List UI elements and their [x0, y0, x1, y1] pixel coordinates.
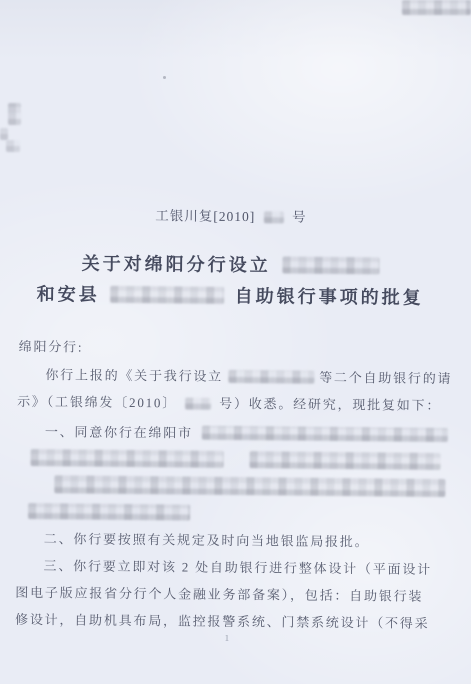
- document-title-line2: 和安县 自助银行事项的批复: [0, 280, 461, 310]
- paragraph1-line1: 你行上报的《关于我行设立 等二个自助银行的请: [45, 364, 452, 387]
- doc-number-line: 工银川复[2010] 号: [0, 203, 462, 227]
- paragraph1-line2-a: 示》（工银绵发〔2010〕: [17, 394, 177, 411]
- redaction-blur-item1-cont-d: [28, 503, 190, 521]
- paragraph1-line2: 示》（工银绵发〔2010〕 号）收悉。经研究，现批复如下：: [17, 391, 441, 414]
- page-number: 1: [0, 631, 458, 645]
- paragraph1-line2-b: 号）收悉。经研究，现批复如下：: [219, 396, 441, 413]
- item1-line: 一、同意你行在绵阳市: [45, 421, 448, 444]
- redaction-blur-item1: [202, 426, 448, 442]
- item1-text: 一、同意你行在绵阳市: [45, 424, 193, 440]
- redaction-blur-ref-number: [185, 397, 211, 409]
- item3-line3: 修设计，自助机具布局，监控报警系统、门禁系统设计（不得采: [15, 609, 430, 632]
- redaction-blur-doc-number: [264, 211, 284, 223]
- item2-line: 二、你行要按照有关规定及时向当地银监局报批。: [44, 528, 370, 550]
- scanned-document-page: 工银川复[2010] 号 关于对绵阳分行设立 和安县 自助银行事项的批复 绵阳分…: [0, 0, 471, 684]
- redaction-blur-item1-cont-b: [250, 451, 441, 470]
- paragraph1-line1-b: 等二个自助银行的请: [319, 370, 452, 386]
- document-content: 工银川复[2010] 号 关于对绵阳分行设立 和安县 自助银行事项的批复 绵阳分…: [0, 0, 471, 684]
- title-line2-prefix: 和安县: [37, 284, 100, 305]
- item3-line2: 图电子版应报省分行个人金融业务部备案），包括：自助银行装: [15, 582, 423, 605]
- doc-number-prefix: 工银川复[2010]: [155, 208, 255, 224]
- paragraph1-line1-a: 你行上报的《关于我行设立: [45, 367, 223, 384]
- document-title-line1: 关于对绵阳分行设立: [0, 249, 462, 279]
- title-line2-suffix: 自助银行事项的批复: [235, 286, 424, 308]
- redaction-blur-item1-cont-c: [54, 475, 445, 497]
- item3-line1: 三、你行要立即对该 2 处自助银行进行整体设计（平面设计: [44, 555, 433, 578]
- doc-number-suffix: 号: [292, 210, 307, 225]
- salutation: 绵阳分行:: [19, 336, 84, 356]
- redaction-blur-paragraph1: [228, 370, 314, 384]
- redaction-blur-title-line2: [110, 286, 224, 304]
- redaction-blur-item1-cont-a: [31, 449, 224, 468]
- title-line1-text: 关于对绵阳分行设立: [82, 253, 271, 275]
- redaction-blur-title-line1: [282, 256, 379, 274]
